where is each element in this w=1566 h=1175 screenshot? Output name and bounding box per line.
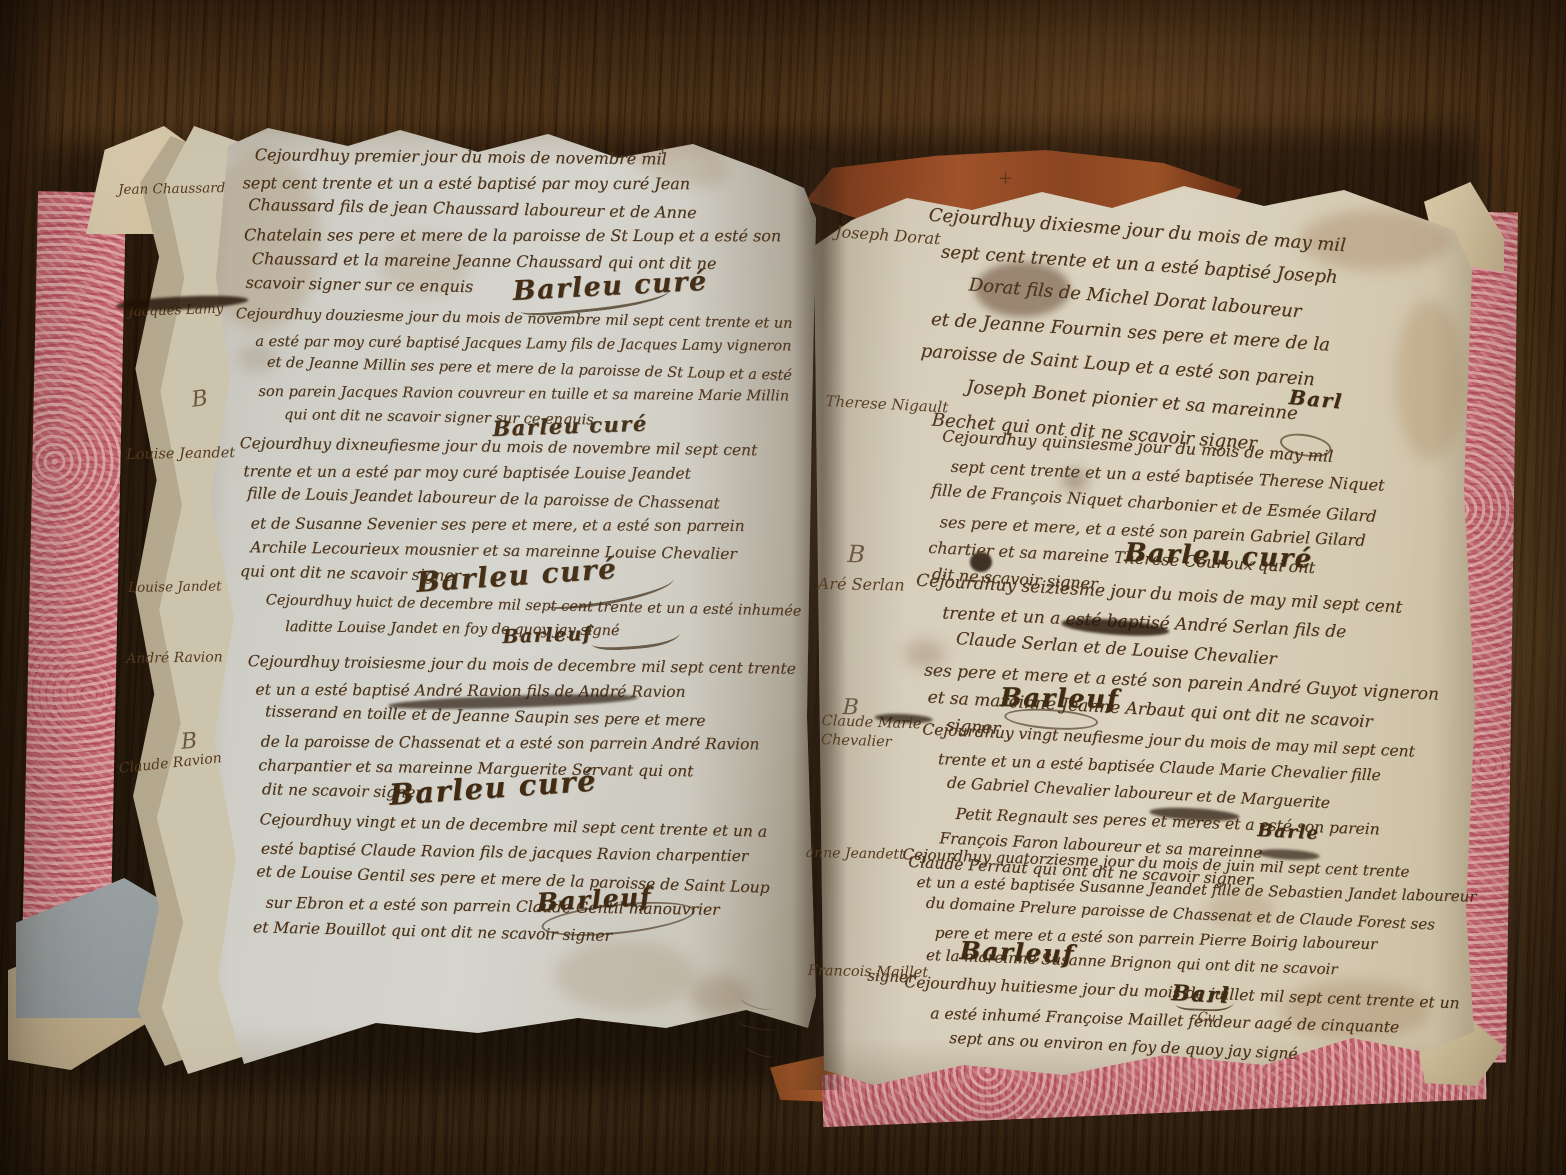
photo-of-parish-register: Cejourdhuy premier jour du mois de novem… xyxy=(0,0,1566,1175)
margin-note: Claude Ravion xyxy=(118,749,223,778)
manuscript-layer: Cejourdhuy premier jour du mois de novem… xyxy=(0,0,1566,1175)
margin-note: Louise Jeandet xyxy=(126,444,235,465)
faint-scribble xyxy=(736,1014,777,1033)
manuscript-line: et de Susanne Sevenier ses pere et mere,… xyxy=(251,510,757,539)
pen-trial: B xyxy=(190,386,209,413)
pen-trial: B xyxy=(180,729,198,755)
register-entry-baptism-ravion-claude: Cejourdhuy vingt et un de decembre mil s… xyxy=(243,806,772,954)
margin-note: Jean Chaussard xyxy=(118,180,225,199)
manuscript-line: son parein Jacques Ravion couvreur en tu… xyxy=(258,380,791,410)
margin-note: André Ravion xyxy=(126,648,223,668)
pen-trial: + xyxy=(655,138,670,159)
margin-note: Louise Jandet xyxy=(128,578,222,597)
curate-signature: Barl xyxy=(1288,385,1344,414)
margin-note: anne Jeandett xyxy=(806,844,905,864)
curate-signature: Barleuf xyxy=(959,936,1075,969)
margin-note: Francois Maillet xyxy=(808,962,929,983)
signature-note: Cu xyxy=(1197,1010,1216,1028)
manuscript-line: Chatelain ses pere et mere de la paroiss… xyxy=(244,222,781,249)
faint-scribble xyxy=(740,1038,778,1061)
pen-trial: B xyxy=(842,695,859,721)
curate-signature: Barleuf xyxy=(502,623,593,648)
faint-scribble xyxy=(739,992,775,1013)
curate-signature: Barle xyxy=(1257,820,1320,844)
margin-note: Aré Serlan xyxy=(818,574,905,596)
manuscript-line: Cejourdhuy premier jour du mois de novem… xyxy=(255,142,782,174)
pen-trial: + xyxy=(998,168,1013,189)
pen-trial: B xyxy=(847,540,866,569)
manuscript-line: de la paroisse de Chassenat et a esté so… xyxy=(261,729,795,758)
